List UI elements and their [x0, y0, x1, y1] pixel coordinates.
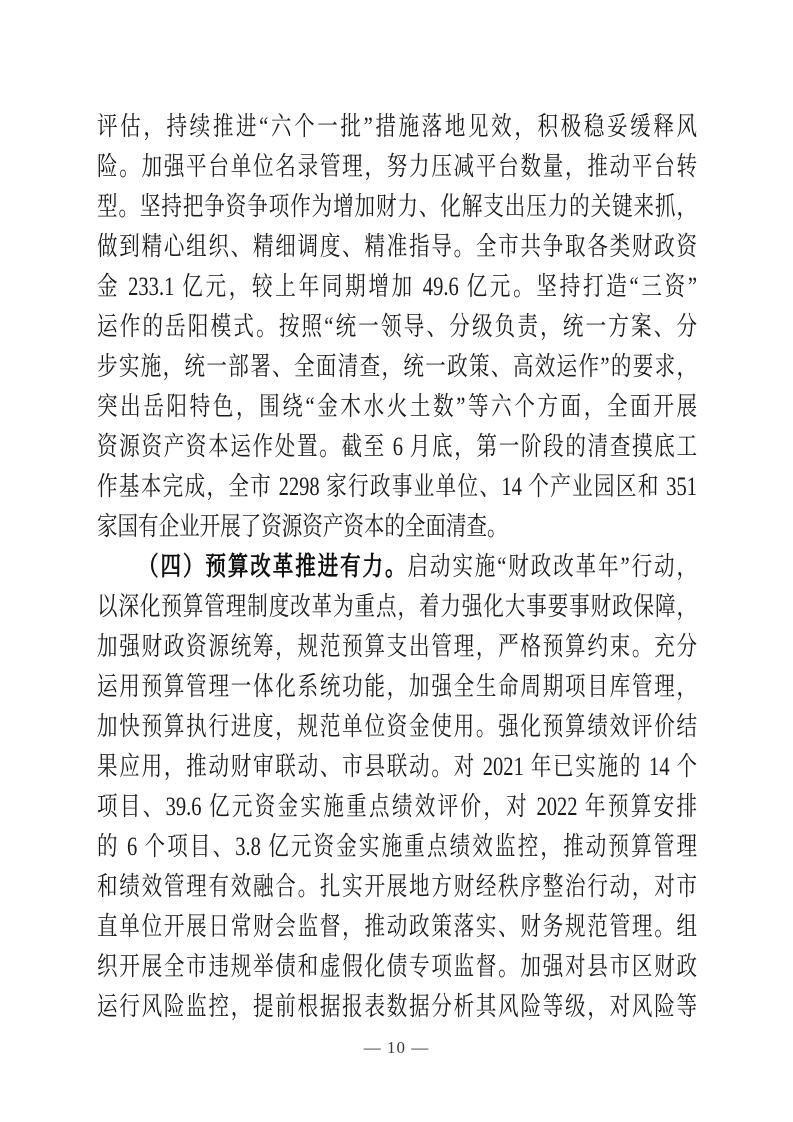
text-line: 的 6 个项目、3.8 亿元资金实施重点绩效监控，推动预算管理 — [97, 827, 697, 867]
text-line: 以深化预算管理制度改革为重点，着力强化大事要事财政保障， — [97, 587, 697, 627]
text-line: 运行风险监控，提前根据报表数据分析其风险等级，对风险等 — [97, 987, 697, 1027]
text-line: 资源资产资本运作处置。截至 6 月底，第一阶段的清查摸底工 — [97, 427, 697, 467]
paragraph-end-line: 家国有企业开展了资源资产资本的全面清查。 — [97, 507, 697, 547]
text-line: 织开展全市违规举债和虚假化债专项监督。加强对县市区财政 — [97, 947, 697, 987]
text-line: 金 233.1 亿元，较上年同期增加 49.6 亿元。坚持打造“三资” — [97, 267, 697, 307]
section-heading: （四）预算改革推进有力。 — [138, 552, 407, 581]
text-line: 型。坚持把争资争项作为增加财力、化解支出压力的关键来抓， — [97, 187, 697, 227]
text-line: 步实施，统一部署、全面清查，统一政策、高效运作”的要求， — [97, 347, 697, 387]
text-line: 项目、39.6 亿元资金实施重点绩效评价，对 2022 年预算安排 — [97, 787, 697, 827]
text-line: 加快预算执行进度，规范单位资金使用。强化预算绩效评价结 — [97, 707, 697, 747]
text-line: 作基本完成，全市 2298 家行政事业单位、14 个产业园区和 351 — [97, 467, 697, 507]
document-text-body: 评估，持续推进“六个一批”措施落地见效，积极稳妥缓释风 险。加强平台单位名录管理… — [97, 107, 697, 1027]
text-line: 做到精心组织、精细调度、精准指导。全市共争取各类财政资 — [97, 227, 697, 267]
text-line: 运作的岳阳模式。按照“统一领导、分级负责，统一方案、分 — [97, 307, 697, 347]
section-heading-rest: 启动实施“财政改革年”行动， — [407, 552, 697, 581]
text-line: 突出岳阳特色，围绕“金木水火土数”等六个方面，全面开展 — [97, 387, 697, 427]
page-footer: — 10 — — [0, 1036, 793, 1060]
page-number: — 10 — — [364, 1038, 430, 1057]
text-line: 险。加强平台单位名录管理，努力压减平台数量，推动平台转 — [97, 147, 697, 187]
text-line: 果应用，推动财审联动、市县联动。对 2021 年已实施的 14 个 — [97, 747, 697, 787]
text-line: 直单位开展日常财会监督，推动政策落实、财务规范管理。组 — [97, 907, 697, 947]
document-page: 评估，持续推进“六个一批”措施落地见效，积极稳妥缓释风 险。加强平台单位名录管理… — [0, 0, 793, 1122]
text-line: 和绩效管理有效融合。扎实开展地方财经秩序整治行动，对市 — [97, 867, 697, 907]
section-heading-line: （四）预算改革推进有力。启动实施“财政改革年”行动， — [97, 547, 697, 587]
text-line: 运用预算管理一体化系统功能，加强全生命周期项目库管理， — [97, 667, 697, 707]
text-line: 加强财政资源统筹，规范预算支出管理，严格预算约束。充分 — [97, 627, 697, 667]
text-line: 评估，持续推进“六个一批”措施落地见效，积极稳妥缓释风 — [97, 107, 697, 147]
